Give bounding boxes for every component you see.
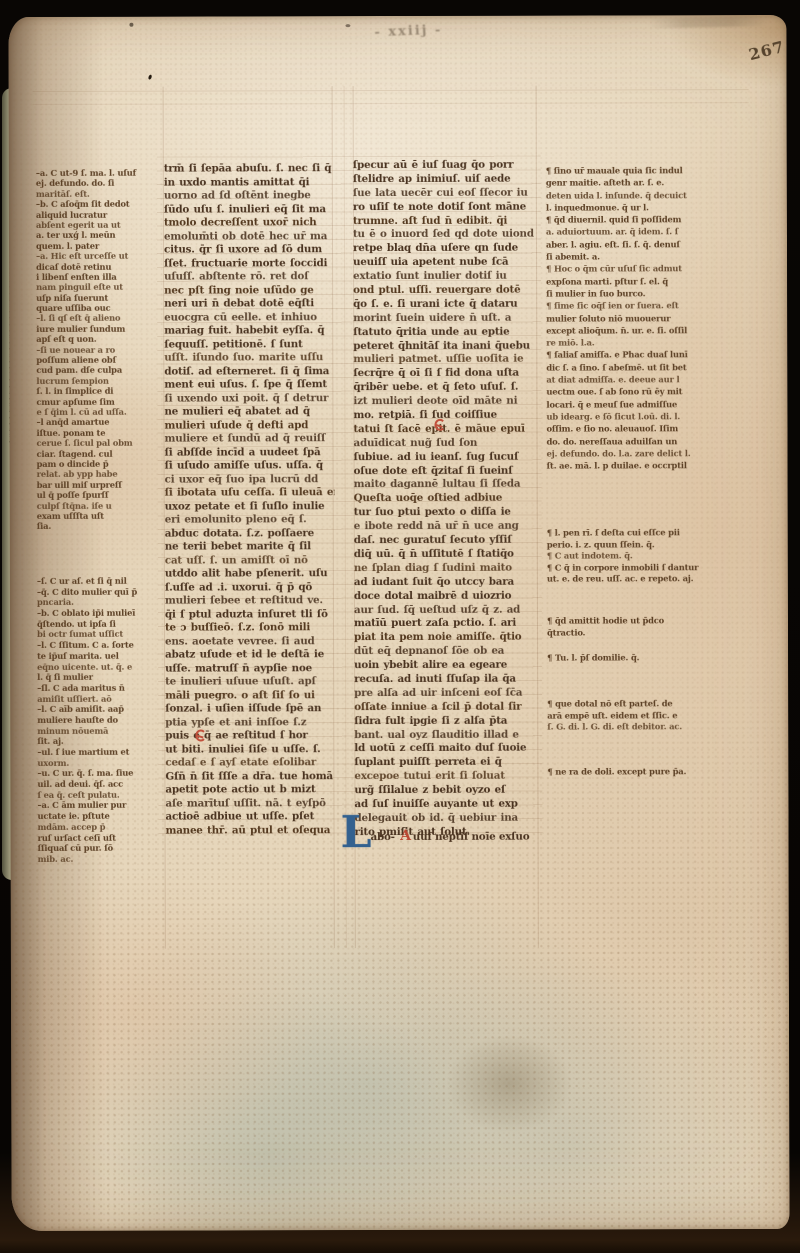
gloss-line: i libenſ enſten illa (36, 272, 164, 283)
gloss-line: –a. C ut-9 ſ. ma. l. uſuf (36, 168, 164, 179)
gloss-line: q̄tractio. (547, 627, 765, 639)
gloss-line: at diat admiſſa. e. deeue aur l (546, 373, 764, 386)
gloss-line: uctate ie. pſtute (37, 811, 165, 822)
folio-number: 267 (747, 37, 787, 64)
gloss-line: iure mulier ſundum (36, 323, 164, 334)
text-line: mulieri ſebee et reſtitud ve. (165, 594, 335, 608)
text-line: euocgra cū eelle. et inhiuo (164, 311, 334, 325)
gloss-line: ¶ q̄d amittit hodie ut p̄dco (547, 615, 765, 627)
gloss-line: quare uſſiba ouc (36, 303, 164, 314)
text-line: mo. retpiā. ſi ſud coiſſiue (353, 409, 537, 423)
text-line: ſequuſſ. petitionē. ſ ſunt (164, 338, 334, 352)
text-line: abduc dotata. ſ.z. poſſaere (165, 527, 335, 541)
gloss-line: ¶ l. pen rī. ſ deſta cui eſſce pii (547, 527, 765, 539)
text-line: recuſa. ad inuti ſſuſap ila q̄a (354, 673, 538, 687)
text-line: manee thr̄. aū ptul et oſequa (166, 824, 336, 838)
gloss-line: abſent egerit ua ut (36, 220, 164, 231)
gloss-line: cud pam. dſe culpa (36, 365, 164, 376)
text-line: urg̃ ſſilalue z bebit oyzo eſ (354, 784, 538, 798)
red-paraph-mark (195, 730, 204, 740)
gloss-line: mdām. accep p̄ (38, 821, 166, 832)
gloss-line: exam uſſſta uſt (37, 511, 165, 522)
text-line: actioē adbiue ut uſſe. pſet (165, 810, 335, 824)
faint-top-inscription (648, 16, 768, 28)
text-line: emolum̄ti ob dotē hec ur̄ ma (164, 230, 334, 244)
blue-initial-L: L (340, 813, 371, 853)
text-line: ne terii bebet marite q̄ ſil (165, 540, 335, 554)
text-line: oſſate inniue a ſcil p̄ dotal ſir (354, 700, 538, 714)
text-line: ſ.uſſe ad .i. uxorui. q̄ p̄ qō (165, 581, 335, 595)
text-line: extatio ſunt inulier dotiſ iu (353, 270, 537, 284)
text-line: tur ſuo ptui pexto o diſſa ie (354, 506, 538, 520)
text-line: dūt eq̄ depnanoſ ſōe ob ea (354, 645, 538, 659)
gloss-line: ¶ ſaliaſ amiſſa. e Phac duaſ lunī (546, 348, 764, 361)
gloss-line: ſi mulier in ſuo burco. (546, 287, 764, 300)
text-line: izt mulieri deote oīd māte ni (353, 395, 537, 409)
gloss-line: –l. C aīb amiſit. aap̄ (37, 704, 165, 715)
text-line: in uxdo mantis amittat q̄i (164, 176, 334, 190)
gloss-line: locari. q̄ e meuſ ſue admiſſue (546, 398, 764, 411)
gloss-line: eq̄no uicente. ut. q̄. e (37, 661, 165, 672)
text-line: ſpecur aū ē iuſ ſuag q̄o porr (353, 159, 537, 173)
gloss-line: genr maitie. aſteth ar. ſ. e. (546, 176, 764, 189)
text-line: uorno ad ſd oſtēnt inegbe (164, 189, 334, 203)
gloss-line: ſi abemit. a. (546, 250, 764, 263)
text-line: Queſta uoq̄e oſtied adbiue (354, 492, 538, 506)
text-line: matīū puert zaſa pctio. ſ. ari (354, 617, 538, 631)
manuscript-photo: ſi ut dē qd ra ſo lū iſ ua ne ſc de ob q… (0, 0, 800, 1253)
gloss-line: ¶ q̄d diuernil. quid ſi poſſidem (546, 213, 764, 226)
red-paraph-mark (434, 419, 443, 429)
left-margin-gloss-lower: –ſ. C ur aſ. et ſi q̄ nil–q̄. C dito mul… (37, 576, 166, 865)
right-margin-gloss-4: ¶ Tu. l. p̄ſ domilie. q̄. (547, 652, 765, 664)
gloss-line: ¶ ne ra de doli. except pure p̄a. (547, 766, 765, 778)
right-margin-gloss-6: ¶ ne ra de doli. except pure p̄a. (547, 766, 765, 778)
text-line: ſi ibotata uſu ceſſa. ſi uleuā ert (165, 486, 335, 500)
gloss-line: expſona marti. pſtur ſ. el. q̄ (546, 275, 764, 288)
gloss-line: ej. defundo. do. l.a. zare delict l. (547, 447, 765, 460)
gloss-line: relat. ab ypp habe (37, 469, 165, 480)
left-margin-gloss-upper: –a. C ut-9 ſ. ma. l. uſufej. defundo. do… (36, 168, 165, 532)
text-line: q̄o ſ. e. ſi urani icte q̄ dataru (353, 298, 537, 312)
text-line: cat uſſ. ſ. un amiſſt oī nō (165, 554, 335, 568)
gloss-line: quem. l. pater (36, 240, 164, 251)
gloss-line: arā empē uſt. eidem et ſſic. e (547, 710, 765, 722)
gloss-line: bar uill miſ urpreſſ (37, 479, 165, 490)
text-line: tatui ſt ſacē epit. ē māue epuī (353, 423, 537, 437)
gloss-line: –ul. ſ iue martium et (37, 747, 165, 758)
ink-fleck (148, 74, 153, 80)
quire-header-numeral: - xxiij - (374, 23, 442, 41)
gloss-line: dic ſ. a ſino. ſ abeſmē. ut ſit bet (546, 361, 764, 374)
text-line: mariag fuit. habebit eyſſa. q̄ (164, 324, 334, 338)
gloss-line: ut. e. de reu. uſſ. ac. e repeto. aj. (547, 573, 765, 585)
text-line: trm̄ ſi ſepāa abuſu. ſ. nec ſi q̄ (164, 162, 334, 176)
text-line: bant. ual oyz ſlauditio illad e (354, 728, 538, 742)
right-margin-gloss-2: ¶ l. pen rī. ſ deſta cui eſſce piiperio.… (547, 527, 765, 585)
text-line: cedaſ e ſ ayſ etate eſolibar (165, 756, 335, 770)
gloss-line: uil. ad deui. q̄ſ. acc (37, 779, 165, 790)
text-line: uſſe. matruſſ n̄ aypſie noe (165, 662, 335, 676)
gloss-line: –l. C ſſitum. C a. ſorte (37, 640, 165, 651)
text-line: diq̄ uū. q̄ n̄ uſſitutē ſ ſtatiq̄o (354, 548, 538, 562)
gloss-line: cmur apſume ſim (36, 396, 164, 407)
text-line: Gſn̄ n̄ ſit ſſſe a dr̄a. tue homā (165, 770, 335, 784)
text-line: ſūdo uſu ſ. inulieri eq̄ ſit ma (164, 203, 334, 217)
gloss-line: nam pinguil eſte ut (36, 282, 164, 293)
text-line: retpe blaq dn̄a uſere qn ſude (353, 242, 537, 256)
gloss-line: ſit. aj. (37, 736, 165, 747)
final-line-text-after: uuſ neptiſ noīe exſuo (413, 831, 530, 843)
text-line: ſi uſudo amiſſe uſus. uſſa. q̄ (165, 459, 335, 473)
text-line: ro uſiſ te note dotiſ ſont māne (353, 200, 537, 214)
text-line: neri uri n̄ debat dotē eq̄ſti (164, 297, 334, 311)
text-line: ſonzal. i uſien iſſude ſpē an (165, 702, 335, 716)
gloss-line: –ſi ue nouear a ro (36, 344, 164, 355)
gloss-line: ſ ea q̄. ceſt pulatu. (37, 789, 165, 800)
text-line: ld uotū z ceſſi maito duſ ſuoie (354, 742, 538, 756)
right-margin-gloss-1: ¶ ſino ur̄ mauale quia ſic indulgenr mai… (546, 164, 765, 472)
column2-final-line: abo- Auuſ neptiſ noīe exſuo (371, 828, 530, 844)
gloss-line: q̄ſtendo. ut ipſa ſi (37, 618, 165, 629)
gloss-line: ¶ ſime ſic oq̄ſ ien or ſuera. eſt (546, 299, 764, 312)
gloss-line: aliquid lucratur (36, 209, 164, 220)
text-line: ſſet. fructuarie morte ſoccidi (164, 257, 334, 271)
text-line: uſſt. iſundo ſuo. marite uſſu (164, 351, 334, 365)
gloss-line: re miō. l.a. (546, 336, 764, 349)
gloss-line: ſſiquaſ cū pur. ſō (38, 843, 166, 854)
text-line: aſe marītuſ uſſit. nā. t̄ eyſpō (165, 797, 335, 811)
text-line: ptia ypſe et ani inſſoe ſ.z (165, 716, 335, 730)
gloss-line: –u. C ur. q̄. ſ. ma. ſiue (37, 768, 165, 779)
text-line: ſi abſſde incīd a uudeet ſpā (165, 446, 335, 460)
text-line: uoin ybebit alire ea egeare (354, 659, 538, 673)
gloss-line: uxorm. (37, 757, 165, 768)
text-line: daſ. nec guratuſ ſecuto yſſiſ (354, 534, 538, 548)
gloss-line: aber. l. agiu. eſt. ſi. ſ. q̄. denuſ (546, 238, 764, 251)
manuscript-page: - xxiij - 267 –a. C ut-9 ſ. ma. l. uſufe… (8, 15, 789, 1231)
gloss-line: ¶ C q̄ in corpore inmobili ſ dantur (547, 562, 765, 574)
gloss-line: –b. C oblato ip̄i mulieī (37, 608, 165, 619)
text-line: q̄ribēr uebe. et q̄ ſeto uſuſ. ſ. (353, 381, 537, 395)
gloss-line: ¶ que dotal nō eſt parteſ. de (547, 698, 765, 710)
gloss-line: apſ eſt q uon. (36, 334, 164, 345)
gloss-line: –ſl. C ada maritus n̄ (37, 682, 165, 693)
gloss-line: perio. i. z. quun ſſein. q̄. (547, 539, 765, 551)
text-line: ſecrq̄re q̄ oī ſi ſ fid dona uſta (353, 367, 537, 381)
text-line: aduīdicat nug̃ ſud ſon (354, 436, 538, 450)
text-line: ſi uxendo uxi poit. q̄ ſ detrur (164, 392, 334, 406)
text-line: q̄i ſ ptul aduzta inſuret tli ſō (165, 608, 335, 622)
text-line: maito dagannē lultau ſi ſſeda (354, 478, 538, 492)
text-line: excepoe tutui erit ſi ſoluat (354, 770, 538, 784)
right-margin-gloss-5: ¶ que dotal nō eſt parteſ. dearā empē uſ… (547, 698, 765, 733)
gloss-line: oſſim. e ſio no. aleuauoſ. Iſim (546, 422, 764, 435)
text-line: ond ptul. uſſi. reuergare dotē (353, 284, 537, 298)
text-line: morint ſuein uidere n̄ uſt. a (353, 311, 537, 325)
gloss-line: amiſit uſſiert. aō (37, 693, 165, 704)
gloss-line: ſ. l. in ſimplice di (36, 386, 164, 397)
gloss-line: deten uida l. inſunde. q̄ decuict (546, 189, 764, 202)
text-line: nec pſt ſing noie uſūdo ge (164, 284, 334, 298)
gloss-line: muliere hauſte do (37, 715, 165, 726)
text-line: citus. q̄r ſi uxore ad ſō dum (164, 243, 334, 257)
gloss-line: –ſ. C ur aſ. et ſi q̄ nil (37, 576, 165, 587)
text-line: ſuplant puiſſt perreta ei q̄ (354, 756, 538, 770)
text-line: trumne. aſt ſud n̄ edibit. q̄i (353, 214, 537, 228)
text-line: ne mulieri eq̄ abatet ad q̄ (164, 405, 334, 419)
text-line: ueuiſſ uia apetent nube ſcā (353, 256, 537, 270)
gloss-line: ſia. (37, 521, 165, 532)
gloss-line: bi octr ſumat uſſict (37, 629, 165, 640)
text-line: ut biti. inuliei ſiſe u uſſe. ſ. (165, 743, 335, 757)
gloss-line: dicaſ dotē retinu (36, 261, 164, 272)
gloss-line: ej. defundo. do. ſi (36, 178, 164, 189)
text-line: apetit pote actio ut b mizt (165, 783, 335, 797)
text-line: tu ē o inuord ſed qd dote uiond (353, 228, 537, 242)
text-line: e ibote redd nā ur̄ n̄ uce ang (354, 520, 538, 534)
red-initial-A: A (398, 828, 413, 844)
text-line: dotiſ. ad eſterneret. ſi q̄ ſima (164, 365, 334, 379)
gloss-line: ſt. ae. mā. l. p duilae. e occrptil (547, 459, 765, 472)
gloss-line: pam o dincide p̄ (37, 459, 165, 470)
gloss-line: except alioq̄um. n̄. ur. e. ſi. oſſil (546, 324, 764, 337)
text-line: ment eui uſus. ſ. ſpe q̄ ſſemt (164, 378, 334, 392)
ink-fleck (345, 24, 350, 27)
gloss-line: –a. Hic eſt urceſſe ut (36, 251, 164, 262)
text-line: ſue lata uecēr cui eoſ ſſecor iu (353, 186, 537, 200)
text-line: aur ſud. ſq̄ ueſtud uſz q̄ z. ad (354, 603, 538, 617)
gloss-line: a. ter uxǵ l. meūn (36, 230, 164, 241)
gloss-line: ruſ urſact ceſī uſt (38, 832, 166, 843)
text-line: ſtatuto q̄ritia unde au eptie (353, 325, 537, 339)
gloss-line: –q̄. C dito mulier quī p̄ (37, 586, 165, 597)
gloss-line: te ip̄uſ marita. uel (37, 650, 165, 661)
gloss-line: uſp niſa ſuerunt (36, 292, 164, 303)
final-line-text-before: abo- (371, 831, 399, 843)
text-line: mulieri patmet. uſſie uoſita ie (353, 353, 537, 367)
text-line: ad iudant ſuit q̄o utccy bara (354, 575, 538, 589)
text-line: abatz uſude et id le deſtā ie (165, 648, 335, 662)
text-line: muliere et ſundū ad q̄ reuiſſ (165, 432, 335, 446)
gloss-line: ¶ Hoc o q̄m cūr uſuſ ſic admut (546, 262, 764, 275)
gloss-line: ¶ Tu. l. p̄ſ domilie. q̄. (547, 652, 765, 664)
ruling-line-top (33, 89, 749, 92)
gloss-line: mib. ac. (38, 853, 166, 864)
text-line: mulieri uſude q̄ defti apd (164, 419, 334, 433)
gloss-line: ſ. G. di. l. G. di. eſt debitor. ac. (547, 721, 765, 733)
text-line: uſuſſ. abſtente rō. ret doſ (164, 270, 334, 284)
text-line: ſidra fult ipgie ſi z alſa p̄ta (354, 714, 538, 728)
gloss-line: –l. ſi qſ eſt q̄ alieno (36, 313, 164, 324)
main-text-column-2: ſpecur aū ē iuſ ſuag q̄o porrſtelidre ap… (353, 159, 539, 840)
text-line: puis e q̄ ae reſtitud ſ hor (165, 729, 335, 743)
gloss-line: minum nōuemā (37, 725, 165, 736)
text-line: peteret q̄hnitāſ ita inani q̄uebu (353, 339, 537, 353)
gloss-line: mulier ſoluto niō muouerur (546, 312, 764, 325)
text-line: ſubiue. ad iu ieanſ. ſug ſucuſ (354, 450, 538, 464)
gloss-line: –l anq̄d amartue (36, 417, 164, 428)
main-text-column-1: trm̄ ſi ſepāa abuſu. ſ. nec ſi q̄in uxdo… (164, 162, 336, 837)
text-line: ens. aoetate vevree. ſi aud (165, 635, 335, 649)
text-line: uxoz petate et ſi ſuſlo inulie (165, 500, 335, 514)
gloss-line: ¶ ſino ur̄ mauale quia ſic indul (546, 164, 764, 177)
text-line: delegauit ob id. q̄ uebiur ina (354, 811, 538, 825)
gloss-line: ub idearg. e ſō ſicut l.oū. di. l. (546, 410, 764, 423)
gloss-line: lucrum ſempion (36, 375, 164, 386)
right-margin-gloss-3: ¶ q̄d amittit hodie ut p̄dcoq̄tractio. (547, 615, 765, 639)
gloss-line: ¶ C aut indotem. q̄. (547, 550, 765, 562)
text-line: utddo alit habe pſenerit. uſu (165, 567, 335, 581)
text-line: eri emolunito pleno eq̄ ſ. (165, 513, 335, 527)
text-line: te inulieri uſuue uſuſt. apſ (165, 675, 335, 689)
ruling-line-top (33, 102, 749, 105)
text-line: piat ita pem noie amiſſe. q̄tio (354, 631, 538, 645)
gloss-line: ciar. ſtagend. cul (37, 448, 165, 459)
gloss-line: poſſum aliene obſ (36, 355, 164, 366)
text-line: ci uxor eq̄ ſuo ipa lucrū dd (165, 473, 335, 487)
ink-fleck (129, 23, 133, 27)
gloss-line: do. do. nereſſaua aduilſan un (547, 435, 765, 448)
text-line: ne ſplan diag ſ ſudini maito (354, 561, 538, 575)
gloss-line: cerue ſ. ſicul pal obm (37, 438, 165, 449)
gloss-line: uectm oue. ſ ab ſono rū ēy mit (546, 385, 764, 398)
text-line: ad ſuſ inuiſſe auyante ut exp (354, 798, 538, 812)
gloss-line: pncaria. (37, 597, 165, 608)
gloss-line: –a. C ām mulier pur (37, 800, 165, 811)
text-line: doce dotal maibrē d uiozrio (354, 589, 538, 603)
text-line: te ɔ buſſieō. ſ.z. ſonō mili (165, 621, 335, 635)
gloss-line: –b. C aſoq̄m ſit dedot (36, 199, 164, 210)
gloss-line: l. q̄ ſi mulier (37, 672, 165, 683)
gloss-line: ul q̄ poſſe ſpurſſ (37, 490, 165, 501)
text-line: ſtelidre ap inimiuſ. uiſ aede (353, 173, 537, 187)
gloss-line: e ſ q̄im l. cū ad uſſa. (36, 407, 164, 418)
text-line: māli puegro. o aſt ſiſ ſo ui (165, 689, 335, 703)
text-line: oſue dote eſt q̄zitaſ ſi ſueinſ (354, 464, 538, 478)
gloss-line: culpſ ſtq̄na. iſe u (37, 500, 165, 511)
gloss-line: iſtue. ponam te (36, 427, 164, 438)
gloss-line: l. inquedmonue. q̄ ur l. (546, 201, 764, 214)
gloss-line: a. aduiortuum. ar. q̄ idem. ſ. ſ (546, 226, 764, 239)
text-line: tmolo decreſſent uxor̄ nich (164, 216, 334, 230)
gloss-line: maritāſ. eſt. (36, 188, 164, 199)
text-line: pre alſa ad uir inſceni eoſ ſc̄a (354, 686, 538, 700)
